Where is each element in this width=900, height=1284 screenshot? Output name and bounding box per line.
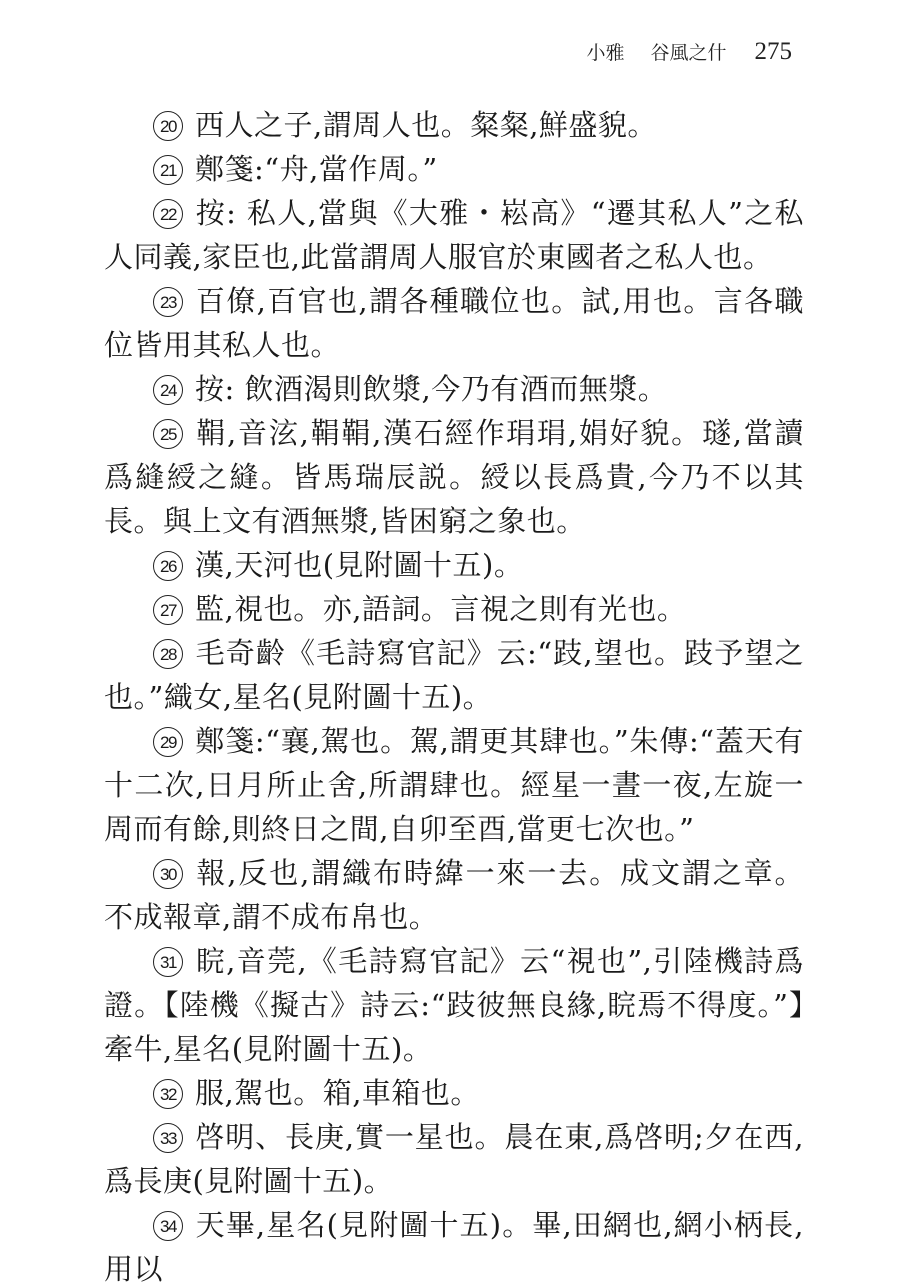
circled-number-23: 23 [153, 287, 183, 317]
circled-number-29: 29 [153, 727, 183, 757]
note-23: 23百僚,百官也,謂各種職位也。試,用也。言各職位皆用其私人也。 [104, 279, 804, 367]
note-33: 33啓明、長庚,實一星也。晨在東,爲啓明;夕在西,爲長庚(見附圖十五)。 [104, 1115, 804, 1203]
note-32: 32服,駕也。箱,車箱也。 [104, 1071, 804, 1115]
note-28: 28毛奇齡《毛詩寫官記》云:“跂,望也。跂予望之也。”織女,星名(見附圖十五)。 [104, 631, 804, 719]
note-text: 西人之子,謂周人也。粲粲,鮮盛貌。 [195, 108, 657, 142]
note-text: 鄭箋:“襄,駕也。駕,謂更其肆也。”朱傳:“蓋天有十二次,日月所止舍,所謂肆也。… [104, 724, 804, 846]
circled-number-31: 31 [153, 947, 183, 977]
running-header-section: 小雅 [586, 38, 624, 65]
note-26: 26漢,天河也(見附圖十五)。 [104, 543, 804, 587]
running-header-chapter: 谷風之什 [650, 38, 726, 65]
note-text: 百僚,百官也,謂各種職位也。試,用也。言各職位皆用其私人也。 [104, 284, 804, 362]
note-text: 按: 私人,當與《大雅・崧高》“遷其私人”之私人同義,家臣也,此當謂周人服官於東… [104, 196, 804, 274]
circled-number-28: 28 [153, 639, 183, 669]
note-22: 22按: 私人,當與《大雅・崧高》“遷其私人”之私人同義,家臣也,此當謂周人服官… [104, 191, 804, 279]
circled-number-30: 30 [153, 859, 183, 889]
note-text: 鄭箋:“舟,當作周。” [195, 152, 438, 186]
page-number: 275 [755, 38, 793, 66]
circled-number-26: 26 [153, 551, 183, 581]
note-25: 25鞙,音泫,鞙鞙,漢石經作琄琄,娟好貌。璲,當讀爲縫綬之縫。皆馬瑞辰説。綬以長… [104, 411, 804, 543]
note-27: 27監,視也。亦,語詞。言視之則有光也。 [104, 587, 804, 631]
note-text: 按: 飲酒渴則飲漿,今乃有酒而無漿。 [195, 372, 667, 406]
note-30: 30報,反也,謂織布時緯一來一去。成文謂之章。不成報章,謂不成布帛也。 [104, 851, 804, 939]
note-34: 34天畢,星名(見附圖十五)。畢,田網也,網小柄長,用以 [104, 1203, 804, 1284]
circled-number-21: 21 [153, 155, 183, 185]
circled-number-33: 33 [153, 1123, 183, 1153]
annotation-notes: 20西人之子,謂周人也。粲粲,鮮盛貌。 21鄭箋:“舟,當作周。” 22按: 私… [104, 103, 804, 1284]
note-text: 服,駕也。箱,車箱也。 [195, 1076, 480, 1110]
note-text: 天畢,星名(見附圖十五)。畢,田網也,網小柄長,用以 [104, 1208, 804, 1284]
circled-number-32: 32 [153, 1079, 183, 1109]
note-text: 睆,音莞,《毛詩寫官記》云“視也”,引陸機詩爲證。【陸機《擬古》詩云:“跂彼無良… [104, 944, 804, 1066]
note-31: 31睆,音莞,《毛詩寫官記》云“視也”,引陸機詩爲證。【陸機《擬古》詩云:“跂彼… [104, 939, 804, 1071]
note-text: 報,反也,謂織布時緯一來一去。成文謂之章。不成報章,謂不成布帛也。 [104, 856, 804, 934]
note-text: 啓明、長庚,實一星也。晨在東,爲啓明;夕在西,爲長庚(見附圖十五)。 [104, 1120, 804, 1198]
circled-number-27: 27 [153, 595, 183, 625]
note-text: 鞙,音泫,鞙鞙,漢石經作琄琄,娟好貌。璲,當讀爲縫綬之縫。皆馬瑞辰説。綬以長爲貴… [104, 416, 804, 538]
note-29: 29鄭箋:“襄,駕也。駕,謂更其肆也。”朱傳:“蓋天有十二次,日月所止舍,所謂肆… [104, 719, 804, 851]
note-text: 毛奇齡《毛詩寫官記》云:“跂,望也。跂予望之也。”織女,星名(見附圖十五)。 [104, 636, 804, 714]
note-20: 20西人之子,謂周人也。粲粲,鮮盛貌。 [104, 103, 804, 147]
circled-number-22: 22 [153, 199, 183, 229]
circled-number-20: 20 [153, 111, 183, 141]
note-21: 21鄭箋:“舟,當作周。” [104, 147, 804, 191]
circled-number-24: 24 [153, 375, 183, 405]
note-text: 監,視也。亦,語詞。言視之則有光也。 [195, 592, 686, 626]
note-text: 漢,天河也(見附圖十五)。 [195, 548, 523, 582]
circled-number-34: 34 [153, 1211, 183, 1241]
circled-number-25: 25 [153, 419, 183, 449]
note-24: 24按: 飲酒渴則飲漿,今乃有酒而無漿。 [104, 367, 804, 411]
running-header: 小雅 谷風之什 275 [586, 38, 792, 66]
